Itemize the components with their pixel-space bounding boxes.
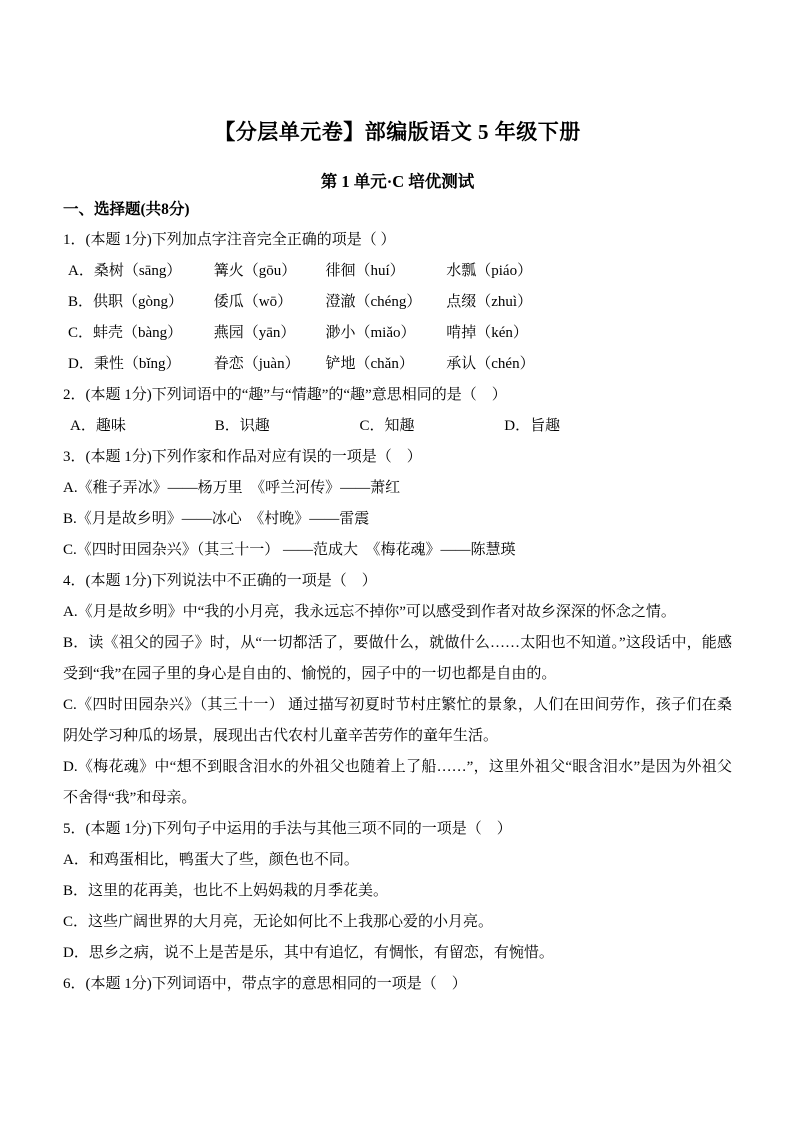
question-2-stem: 2．(本题 1分)下列词语中的“趣”与“情趣”的“趣”意思相同的是（ ） bbox=[63, 380, 732, 411]
question-4-stem: 4．(本题 1分)下列说法中不正确的一项是（ ） bbox=[63, 566, 732, 597]
option-1d: D．秉性（bǐng） bbox=[68, 349, 210, 380]
option-2a: A．趣味 bbox=[70, 411, 211, 442]
question-4-option-b: B．读《祖父的园子》时，从“一切都活了，要做什么，就做什么……太阳也不知道。”这… bbox=[63, 628, 732, 690]
option-1b: B．供职（gòng） bbox=[68, 287, 210, 318]
question-6-stem: 6．(本题 1分)下列词语中，带点字的意思相同的一项是（ ） bbox=[63, 969, 732, 1000]
option-1d-word-4: 承认（chén） bbox=[446, 349, 534, 380]
option-2d: D．旨趣 bbox=[504, 411, 560, 442]
question-1-option-row-d: D．秉性（bǐng） 眷恋（juàn） 铲地（chǎn） 承认（chén） bbox=[63, 349, 732, 380]
question-1-option-row-a: A．桑树（sāng） 篝火（gōu） 徘徊（huí） 水瓢（piáo） bbox=[63, 256, 732, 287]
option-1a-word-3: 徘徊（huí） bbox=[326, 256, 443, 287]
option-2c: C．知趣 bbox=[360, 411, 501, 442]
question-3-stem: 3．(本题 1分)下列作家和作品对应有误的一项是（ ） bbox=[63, 442, 732, 473]
option-1a: A．桑树（sāng） bbox=[68, 256, 210, 287]
question-5-stem: 5．(本题 1分)下列句子中运用的手法与其他三项不同的一项是（ ） bbox=[63, 814, 732, 845]
section-heading: 一、选择题(共8分) bbox=[63, 194, 732, 225]
question-1-option-row-c: C．蚌壳（bàng） 燕园（yān） 渺小（miǎo） 啃掉（kén） bbox=[63, 318, 732, 349]
question-4-option-a: A.《月是故乡明》中“我的小月亮，我永远忘不掉你”可以感受到作者对故乡深深的怀念… bbox=[63, 597, 732, 628]
option-1c-word-3: 渺小（miǎo） bbox=[326, 318, 443, 349]
question-5-option-d: D．思乡之病，说不上是苦是乐，其中有追忆，有惆怅，有留恋，有惋惜。 bbox=[63, 938, 732, 969]
option-1a-word-2: 篝火（gōu） bbox=[214, 256, 322, 287]
option-1c-word-2: 燕园（yān） bbox=[214, 318, 322, 349]
option-1d-word-3: 铲地（chǎn） bbox=[326, 349, 443, 380]
question-5-option-b: B．这里的花再美，也比不上妈妈栽的月季花美。 bbox=[63, 876, 732, 907]
question-3-option-a: A.《稚子弄冰》——杨万里 《呼兰河传》——萧红 bbox=[63, 473, 732, 504]
question-1-option-row-b: B．供职（gòng） 倭瓜（wō） 澄澈（chéng） 点缀（zhuì） bbox=[63, 287, 732, 318]
option-1b-word-2: 倭瓜（wō） bbox=[214, 287, 322, 318]
option-1c-word-4: 啃掉（kén） bbox=[446, 318, 528, 349]
question-5-option-a: A．和鸡蛋相比，鸭蛋大了些，颜色也不同。 bbox=[63, 845, 732, 876]
option-1b-word-4: 点缀（zhuì） bbox=[446, 287, 532, 318]
page-subtitle: 第 1 单元·C 培优测试 bbox=[63, 171, 732, 193]
question-3-option-c: C.《四时田园杂兴》（其三十一） ——范成大 《梅花魂》——陈慧瑛 bbox=[63, 535, 732, 566]
page-title: 【分层单元卷】部编版语文 5 年级下册 bbox=[63, 119, 732, 146]
option-1a-word-4: 水瓢（piáo） bbox=[446, 256, 532, 287]
option-2b: B．识趣 bbox=[215, 411, 356, 442]
question-2-options-row: A．趣味 B．识趣 C．知趣 D．旨趣 bbox=[63, 411, 732, 442]
test-paper-page: 【分层单元卷】部编版语文 5 年级下册 第 1 单元·C 培优测试 一、选择题(… bbox=[0, 0, 794, 1123]
option-1b-word-3: 澄澈（chéng） bbox=[326, 287, 443, 318]
question-1-stem: 1．(本题 1分)下列加点字注音完全正确的项是（ ） bbox=[63, 225, 732, 256]
question-4-option-c: C.《四时田园杂兴》（其三十一） 通过描写初夏时节村庄繁忙的景象，人们在田间劳作… bbox=[63, 690, 732, 752]
question-4-option-d: D.《梅花魂》中“想不到眼含泪水的外祖父也随着上了船……”，这里外祖父“眼含泪水… bbox=[63, 752, 732, 814]
option-1c: C．蚌壳（bàng） bbox=[68, 318, 210, 349]
question-5-option-c: C．这些广阔世界的大月亮，无论如何比不上我那心爱的小月亮。 bbox=[63, 907, 732, 938]
option-1d-word-2: 眷恋（juàn） bbox=[214, 349, 322, 380]
question-3-option-b: B.《月是故乡明》——冰心 《村晚》——雷震 bbox=[63, 504, 732, 535]
